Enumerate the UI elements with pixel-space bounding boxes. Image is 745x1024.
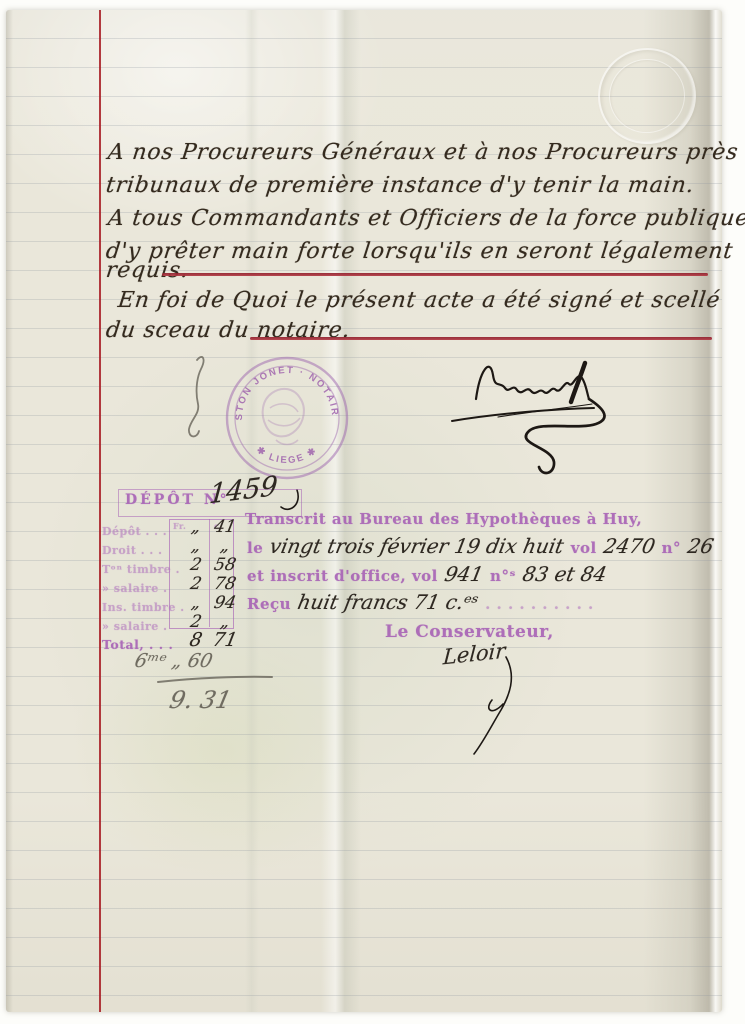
stamp-crest [263, 389, 304, 445]
hand-amount: huit francs 71 c.ᵉˢ [296, 590, 481, 614]
body-line-1: A nos Procureurs Généraux et à nos Procu… [106, 140, 745, 165]
conservator-title: Le Conservateur, [385, 622, 554, 642]
margin-line [99, 10, 101, 1012]
transcription-line-3: et inscrit d'office, vol 941 n°ˢ 83 et 8… [247, 562, 606, 586]
fee-value-francs: „ [182, 593, 210, 613]
stamp-word: Reçu [247, 595, 291, 613]
conservator-signature: Leloir [442, 639, 506, 670]
embossed-seal-inner-ring [603, 53, 691, 139]
hand-number: 26 [686, 534, 716, 558]
notary-signature [476, 367, 589, 399]
fee-total-centimes: 71 [208, 629, 242, 651]
fee-label: » salaire . [102, 620, 167, 633]
fee-label: Droit . . . [102, 544, 162, 557]
body-line-6: En foi de Quoi le présent acte a été sig… [116, 288, 721, 313]
fee-value-centimes: 94 [208, 593, 242, 613]
stamp-arc-bottom-text: ✱ LIEGE ✱ [254, 445, 320, 467]
fee-value-centimes: 58 [208, 555, 242, 575]
fee-label: Dépôt . . . [102, 525, 167, 538]
fee-value-francs: 2 [182, 574, 210, 594]
body-line-3: A tous Commandants et Officiers de la fo… [106, 206, 745, 231]
embossed-dry-seal [590, 40, 703, 152]
ink-rule-2 [250, 337, 712, 340]
ink-rule-1 [162, 273, 708, 276]
fee-value-francs: 2 [182, 555, 210, 575]
fee-value-francs: „ [182, 517, 210, 537]
hand-numbers: 83 et 84 [521, 562, 609, 586]
svg-text:✱ LIEGE ✱: ✱ LIEGE ✱ [254, 445, 320, 467]
transcription-line-1: Transcrit au Bureau des Hypothèques à Hu… [245, 510, 642, 528]
hand-date: vingt trois février 19 dix huit [268, 534, 566, 558]
scanned-document: A nos Procureurs Généraux et à nos Procu… [0, 0, 745, 1024]
paper-sheet: A nos Procureurs Généraux et à nos Procu… [6, 10, 722, 1012]
signature-underline-2 [498, 404, 592, 417]
hand-volume: 941 [443, 562, 486, 586]
fee-label: Tᵒⁿ timbre . [102, 563, 180, 576]
fee-label: » salaire . [102, 582, 167, 595]
signature-underline [452, 408, 594, 421]
fee-value-centimes: 78 [208, 574, 242, 594]
body-line-2: tribunaux de première instance d'y tenir… [104, 173, 695, 198]
hand-volume: 2470 [601, 534, 657, 558]
pencil-result: 9. 31 [167, 686, 234, 714]
body-line-5: requis. [104, 258, 190, 283]
stamp-word: n° [662, 539, 681, 557]
fee-label: Ins. timbre . [102, 601, 185, 614]
pencil-sum-line [158, 677, 272, 682]
clerk-initial-pencil [189, 357, 204, 436]
body-line-4: d'y prêter main forte lorsqu'ils en sero… [104, 239, 734, 264]
stamp-word: n°ˢ [490, 567, 516, 585]
transcription-text: Transcrit au Bureau des Hypothèques à Hu… [245, 510, 642, 528]
notary-signature-paraphe [526, 399, 605, 473]
transcription-line-4: Reçu huit francs 71 c.ᵉˢ . . . . . . . .… [247, 590, 594, 614]
stamp-dotted-line: . . . . . . . . . . [485, 595, 594, 613]
transcription-line-2: le vingt trois février 19 dix huit vol 2… [247, 534, 713, 558]
pencil-addend: 6ᵐᵉ „ 60 [133, 650, 215, 672]
fee-value-francs: „ [182, 536, 210, 556]
conservator-signature-flourish [474, 657, 511, 754]
stamp-word: et inscrit d'office, vol [247, 567, 438, 585]
fee-total-francs: 8 [182, 629, 210, 651]
fee-value-centimes: 41 [208, 517, 242, 537]
notary-signature-heavy-stroke [571, 363, 585, 402]
notary-round-stamp: GASTON JONET · NOTAIRE A ✱ LIEGE ✱ [212, 348, 362, 488]
stamp-word: le [247, 539, 263, 557]
fee-value-centimes: „ [208, 536, 242, 556]
stamp-word: vol [571, 539, 597, 557]
